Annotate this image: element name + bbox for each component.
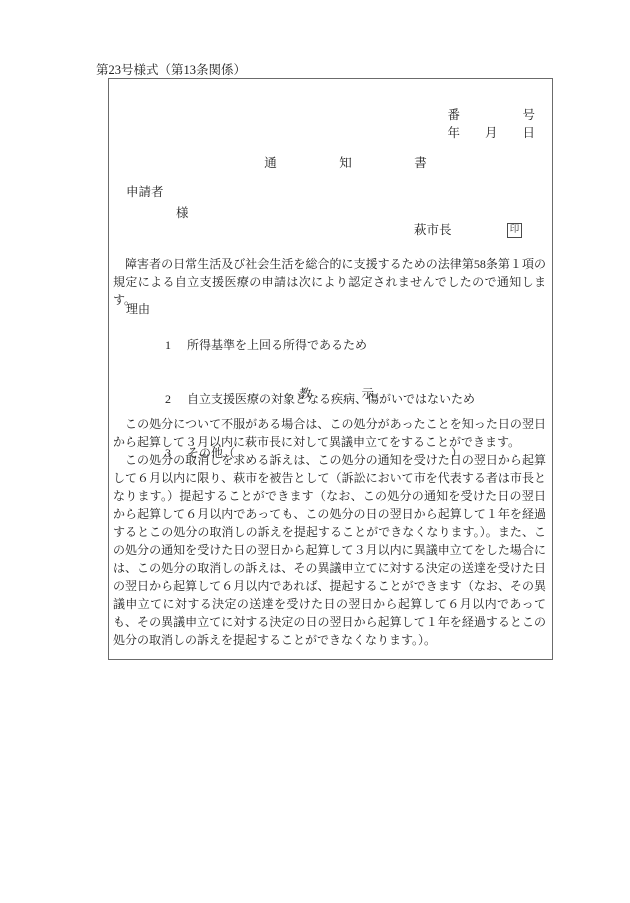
reason-number: 1 bbox=[165, 336, 187, 354]
document-number-line: 番 号 bbox=[447, 106, 535, 124]
applicant-label: 申請者 bbox=[126, 183, 164, 201]
document-date-line: 年 月 日 bbox=[447, 124, 535, 142]
notice-box: 番 号 年 月 日 通 知 書 申請者 様 萩市長 印 障害者の日常生活及び社会… bbox=[108, 78, 553, 660]
issuer-name: 萩市長 bbox=[414, 221, 452, 239]
instruction-body: この処分について不服がある場合は、この処分があったことを知った日の翌日から起算し… bbox=[113, 415, 546, 649]
instruction-paragraph: この処分について不服がある場合は、この処分があったことを知った日の翌日から起算し… bbox=[113, 415, 546, 451]
instruction-paragraph: この処分の取消しを求める訴えは、この処分の通知を受けた日の翌日から起算して６月以… bbox=[113, 451, 546, 649]
form-number-label: 第23号様式（第13条関係） bbox=[96, 62, 246, 78]
reason-item: 1所得基準を上回る所得であるため bbox=[126, 318, 542, 372]
document-title: 通 知 書 bbox=[109, 154, 552, 172]
reason-text: 所得基準を上回る所得であるため bbox=[187, 338, 367, 352]
reasons-label: 理由 bbox=[126, 300, 542, 318]
issuer-line: 萩市長 印 bbox=[414, 221, 522, 239]
applicant-honorific: 様 bbox=[176, 204, 189, 222]
document-page: 第23号様式（第13条関係） 番 号 年 月 日 通 知 書 申請者 様 萩市長… bbox=[0, 0, 630, 903]
seal-mark-icon: 印 bbox=[507, 223, 522, 238]
instruction-heading: 教 示 bbox=[109, 385, 552, 403]
